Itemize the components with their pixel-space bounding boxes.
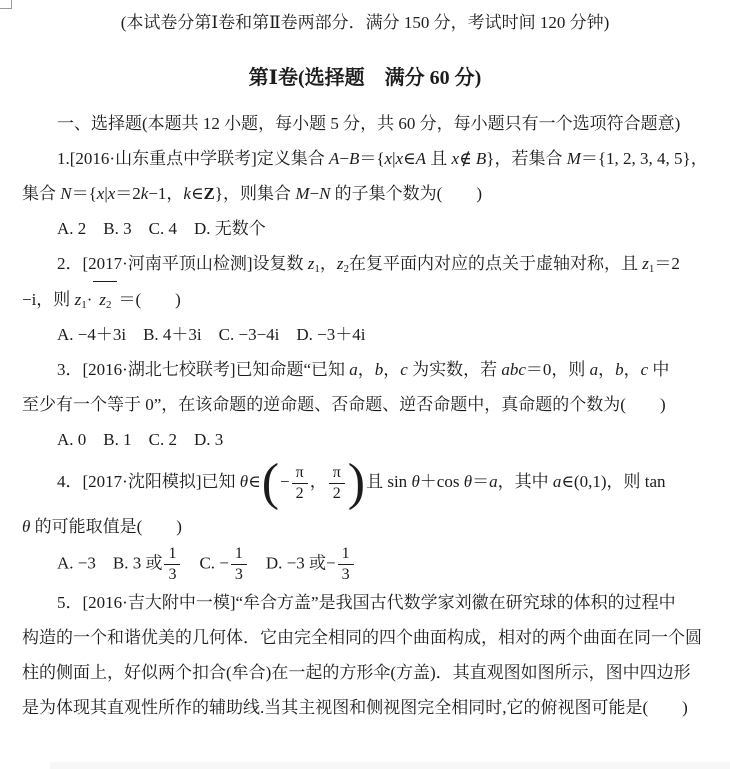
exam-content: (本试卷分第Ⅰ卷和第Ⅱ卷两部分．满分 150 分，考试时间 120 分钟) 第Ⅰ… — [0, 10, 730, 725]
question-5-line-1: 5．[2016·吉大附中一模]“牟合方盖”是我国古代数学家刘徽在研究球的体积的过… — [22, 585, 708, 620]
exam-paper-page: (本试卷分第Ⅰ卷和第Ⅱ卷两部分．满分 150 分，考试时间 120 分钟) 第Ⅰ… — [0, 0, 730, 769]
question-1-line-2: 集合 N＝{x|x＝2k−1，k∈Z}，则集合 M−N 的子集个数为( ) — [22, 176, 708, 211]
question-3-line-2: 至少有一个等于 0”，在该命题的逆命题、否命题、逆否命题中，真命题的个数为( ) — [22, 387, 708, 422]
section-title: 第Ⅰ卷(选择题 满分 60 分) — [22, 63, 708, 93]
question-1-options: A. 2 B. 3 C. 4 D. 无数个 — [22, 211, 708, 246]
question-2-formula-line: −i，则 z1·z2＝( ) — [22, 281, 708, 317]
question-4-line-1: 4．[2017·沈阳模拟]已知 θ∈(−π2，π2)且 sin θ＋cos θ＝… — [22, 457, 708, 509]
question-1-line-1: 1.[2016·山东重点中学联考]定义集合 A−B＝{x|x∈A 且 x∉ B}… — [22, 141, 708, 176]
question-3-options: A. 0 B. 1 C. 2 D. 3 — [22, 422, 708, 457]
figure-image-top-edge — [50, 762, 730, 769]
question-4-options: A. −3 B. 3 或13 C. −13 D. −3 或−13 — [22, 544, 708, 585]
section-instruction: 一、选择题(本题共 12 小题，每小题 5 分，共 60 分，每小题只有一个选项… — [22, 106, 708, 141]
question-5-line-3: 柱的侧面上，好似两个扣合(牟合)在一起的方形伞(方盖)．其直观图如图所示，图中四… — [22, 655, 708, 690]
question-3-line-1: 3．[2016·湖北七校联考]已知命题“已知 a，b，c 为实数，若 abc＝0… — [22, 352, 708, 387]
page-corner-border-mark — [0, 0, 12, 9]
question-5-line-4: 是为体现其直观性所作的辅助线.当其主视图和侧视图完全相同时,它的俯视图可能是( … — [22, 690, 708, 725]
question-5-line-2: 构造的一个和谐优美的几何体．它由完全相同的四个曲面构成，相对的两个曲面在同一个圆 — [22, 620, 708, 655]
question-2-line-1: 2．[2017·河南平顶山检测]设复数 z1，z2在复平面内对应的点关于虚轴对称… — [22, 246, 708, 281]
question-2-options: A. −4＋3i B. 4＋3i C. −3−4i D. −3＋4i — [22, 317, 708, 352]
paper-structure-note: (本试卷分第Ⅰ卷和第Ⅱ卷两部分．满分 150 分，考试时间 120 分钟) — [22, 10, 708, 36]
question-4-line-2: θ 的可能取值是( ) — [22, 509, 708, 544]
